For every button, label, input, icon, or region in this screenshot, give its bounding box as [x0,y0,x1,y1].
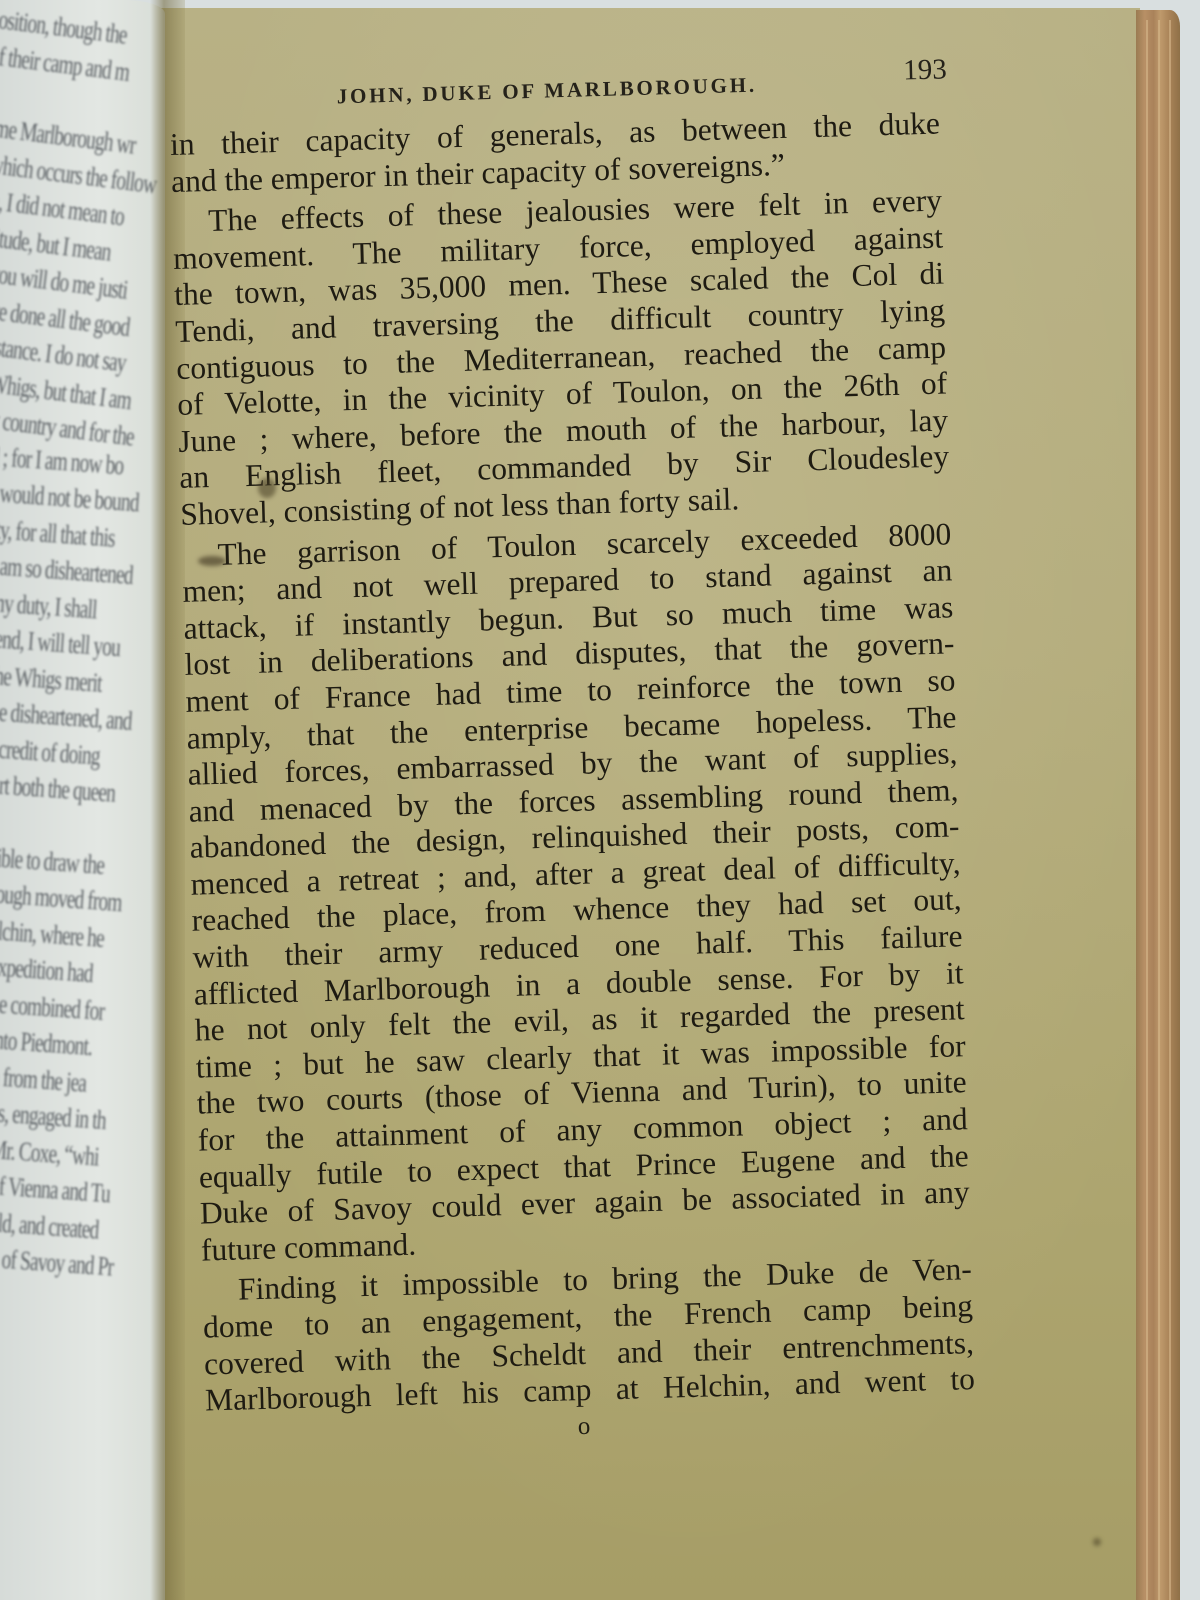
paper-spot [1093,1538,1101,1546]
page-text-block: JOHN, DUKE OF MARLBOROUGH. 193 in their … [168,45,1006,1452]
page-number: 193 [903,53,947,87]
ink-smudge [258,478,276,498]
fore-edge-line [1158,20,1160,1600]
facing-page-text: position, though theof their camp and mi… [0,0,165,1600]
page-fore-edge [1136,10,1180,1600]
fore-edge-line [1146,20,1148,1600]
ink-smudge [198,556,226,566]
body-text: in their capacity of generals, as betwee… [170,105,1006,1420]
fore-edge-line [1169,20,1171,1600]
book-page-left-facing: position, though theof their camp and mi… [0,0,165,1600]
signature-mark-text: o [577,1413,590,1440]
running-title: JOHN, DUKE OF MARLBOROUGH. [336,73,757,110]
